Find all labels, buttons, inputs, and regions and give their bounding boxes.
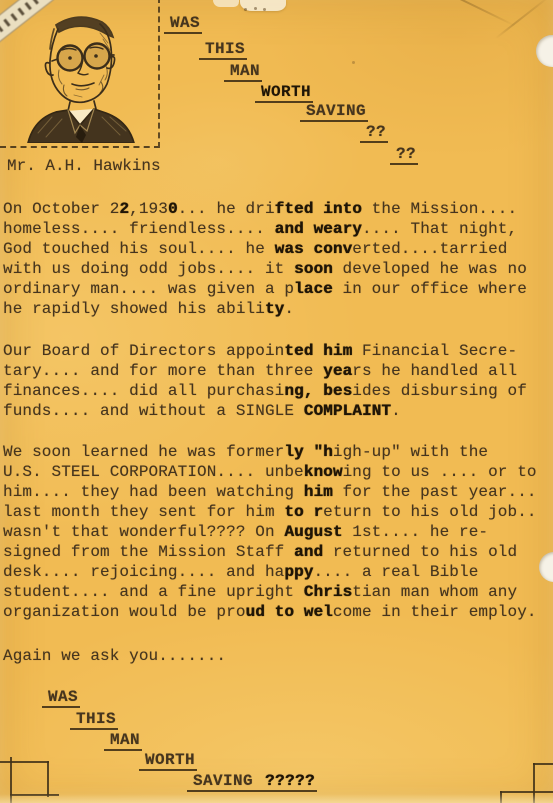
portrait-caption: Mr. A.H. Hawkins [7, 157, 161, 175]
text-line: signed from the Mission Staff and return… [3, 542, 553, 562]
typed-text: ... he dri [178, 200, 275, 218]
tape-remnant-small [213, 0, 239, 7]
typed-text: tian man whom any [352, 583, 517, 601]
text-line: last month they sent for him to return t… [3, 502, 553, 522]
footer-word-this: THIS [70, 711, 118, 730]
overstruck-text: was conv [275, 240, 353, 258]
overstruck-text: COMPLAINT [304, 402, 391, 420]
overstruck-text: ly "h [284, 443, 333, 461]
text-line: funds.... and without a SINGLE COMPLAINT… [3, 401, 553, 421]
typed-text: last month they sent for him [3, 503, 284, 521]
typed-text: ing to us .... or to [343, 463, 537, 481]
overstruck-text: soon [294, 260, 333, 278]
overstruck-text: know [304, 463, 343, 481]
paper-crease [429, 0, 515, 27]
header-question-marks-1: ?? [360, 124, 388, 143]
text-line: wasn't that wonderful???? On August 1st.… [3, 522, 553, 542]
text-line: homeless.... friendless.... and weary...… [3, 219, 553, 239]
overstruck-text: to r [284, 503, 323, 521]
footer-word-worth: WORTH [139, 752, 197, 771]
text-line: he rapidly showed his ability. [3, 299, 553, 319]
typed-text: Financial Secre- [352, 342, 517, 360]
overstruck-text: yea [323, 362, 352, 380]
ink-speck [244, 8, 247, 11]
header-word-saving: SAVING [300, 103, 368, 122]
typed-text: desk.... rejoicing.... and ha [3, 563, 284, 581]
typed-text: . [391, 402, 401, 420]
overstruck-text: fted into [275, 200, 362, 218]
text-line: tary.... and for more than three years h… [3, 361, 553, 381]
text-line: finances.... did all purchasing, besides… [3, 381, 553, 401]
typed-text: wasn't that wonderful???? On [3, 523, 284, 541]
text-line: On October 22,1930... he drifted into th… [3, 199, 553, 219]
typed-text: he rapidly showed his abili [3, 300, 265, 318]
typed-text: come in their employ. [333, 603, 537, 621]
closing-line: Again we ask you....... [3, 646, 226, 666]
overstruck-text: and [294, 543, 323, 561]
typed-text: erted....tarried [352, 240, 507, 258]
typed-text: developed he was no [333, 260, 527, 278]
typed-text: signed from the Mission Staff [3, 543, 294, 561]
typed-text: . [284, 300, 294, 318]
typed-text: We soon learned he was former [3, 443, 284, 461]
typed-text: finances.... did all purchasi [3, 382, 284, 400]
typed-text: student.... and a fine upright [3, 583, 304, 601]
typed-text: for the past year... [333, 483, 537, 501]
text-line: ordinary man.... was given a place in ou… [3, 279, 553, 299]
typed-text: tary.... and for more than three [3, 362, 323, 380]
footer-word-was: WAS [42, 689, 80, 708]
typed-text: in our office where [333, 280, 527, 298]
overstruck-text: August [284, 523, 342, 541]
overstruck-text: ng, bes [284, 382, 352, 400]
typed-text: Our Board of Directors appoin [3, 342, 284, 360]
typed-text: eturn to his old job.. [323, 503, 536, 521]
typed-text: the Mission.... [362, 200, 517, 218]
typed-text: returned to his old [323, 543, 517, 561]
header-word-worth: WORTH [255, 84, 313, 103]
header-word-this: THIS [199, 41, 247, 60]
overstruck-text: 0 [168, 200, 178, 218]
header-word-man: MAN [224, 63, 262, 82]
overstruck-text: ted him [284, 342, 352, 360]
text-line: organization would be proud to welcome i… [3, 602, 553, 622]
typed-text: him.... they had been watching [3, 483, 304, 501]
overstruck-text: ppy [284, 563, 313, 581]
ink-speck [263, 8, 266, 11]
typed-text: .... That night, [362, 220, 517, 238]
typed-text: .... a real Bible [313, 563, 478, 581]
paragraph-2: Our Board of Directors appointed him Fin… [3, 341, 553, 421]
footer-question-marks: ????? [265, 772, 315, 790]
footer-saving-label: SAVING [193, 772, 253, 790]
text-line: student.... and a fine upright Christian… [3, 582, 553, 602]
man-portrait-drawing [4, 5, 152, 143]
paragraph-3: We soon learned he was formerly "high-up… [3, 442, 553, 622]
corner-mark [500, 791, 553, 793]
scanned-flyer-page: Mr. A.H. Hawkins WAS THIS MAN WORTH SAVI… [0, 0, 553, 803]
overstruck-text: him [304, 483, 333, 501]
typed-text: On October 2 [3, 200, 119, 218]
corner-mark [533, 763, 553, 765]
text-line: U.S. STEEL CORPORATION.... unbeknowing t… [3, 462, 553, 482]
overstruck-text: ty [265, 300, 284, 318]
typed-text: U.S. STEEL CORPORATION.... unbe [3, 463, 304, 481]
footer-word-man: MAN [104, 732, 142, 751]
paragraph-1: On October 22,1930... he drifted into th… [3, 199, 553, 319]
typed-text: funds.... and without a SINGLE [3, 402, 304, 420]
typed-text: igh-up" with the [333, 443, 488, 461]
overstruck-text: Chris [304, 583, 353, 601]
overstruck-text: and weary [275, 220, 362, 238]
ink-speck [254, 7, 257, 10]
typed-text: ides disbursing of [352, 382, 527, 400]
text-line: desk.... rejoicing.... and happy.... a r… [3, 562, 553, 582]
typed-text: organization would be pro [3, 603, 246, 621]
ink-speck [352, 61, 355, 64]
typed-text: homeless.... friendless.... [3, 220, 275, 238]
typed-text: with us doing odd jobs.... it [3, 260, 294, 278]
header-word-was: WAS [164, 15, 202, 34]
overstruck-text: 2 [119, 200, 129, 218]
typed-text: God touched his soul.... he [3, 240, 275, 258]
hole-punch [536, 35, 553, 67]
text-line: God touched his soul.... he was converte… [3, 239, 553, 259]
corner-mark [47, 761, 49, 797]
typed-text: ordinary man.... was given a p [3, 280, 294, 298]
corner-mark [0, 761, 49, 763]
header-question-marks-2: ?? [390, 146, 418, 165]
text-line: him.... they had been watching him for t… [3, 482, 553, 502]
typed-text: rs he handled all [352, 362, 517, 380]
paper-edge-highlight [0, 794, 553, 803]
typed-text: ,193 [129, 200, 168, 218]
overstruck-text: ud to wel [246, 603, 333, 621]
text-line: Our Board of Directors appointed him Fin… [3, 341, 553, 361]
text-line: We soon learned he was formerly "high-up… [3, 442, 553, 462]
typed-text: 1st.... he re- [343, 523, 489, 541]
portrait-frame [0, 0, 160, 148]
footer-word-saving: SAVING????? [187, 773, 317, 792]
overstruck-text: lace [294, 280, 333, 298]
text-line: with us doing odd jobs.... it soon devel… [3, 259, 553, 279]
